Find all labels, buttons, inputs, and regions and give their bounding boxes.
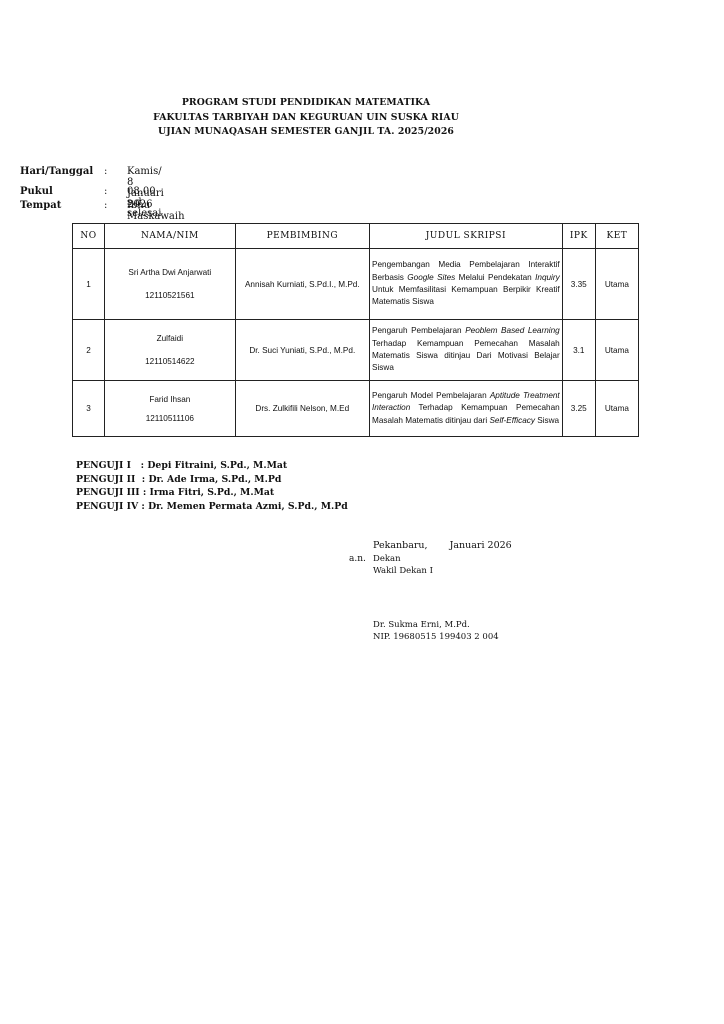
signature-block: Pekanbaru,Januari 2026 a.n. Dekan Wakil …: [373, 540, 512, 644]
student-name: Farid Ihsan: [105, 395, 234, 404]
cell-no: 3: [73, 381, 105, 437]
cell-ket: Utama: [595, 249, 638, 320]
column-header-judul: JUDUL SKRIPSI: [370, 224, 563, 249]
cell-nama-nim: Farid Ihsan 12110511106: [105, 381, 235, 437]
sign-city: Pekanbaru,: [373, 540, 428, 551]
cell-ipk: 3.1: [562, 320, 595, 381]
header-faculty: FAKULTAS TARBIYAH DAN KEGURUAN UIN SUSKA…: [0, 111, 612, 126]
cell-ipk: 3.25: [562, 381, 595, 437]
header-exam: UJIAN MUNAQASAH SEMESTER GANJIL TA. 2025…: [0, 125, 612, 140]
cell-pembimbing: Dr. Suci Yuniati, S.Pd., M.Pd.: [235, 320, 369, 381]
title-text: Pengaruh Pembelajaran: [372, 326, 465, 335]
signer-nip: NIP. 19680515 199403 2 004: [373, 632, 512, 644]
student-name: Sri Artha Dwi Anjarwati: [105, 268, 234, 277]
examiner-label: PENGUJI IV: [76, 501, 141, 512]
header-program: PROGRAM STUDI PENDIDIKAN MATEMATIKA: [0, 96, 612, 111]
examiner-1: PENGUJI I : Depi Fitraini, S.Pd., M.Mat: [76, 459, 348, 473]
cell-no: 1: [73, 249, 105, 320]
examiner-label: PENGUJI II: [76, 474, 142, 485]
title-italic-term: Self-Efficacy: [489, 416, 535, 425]
colon: :: [104, 186, 107, 197]
student-nim: 12110514622: [145, 357, 194, 366]
column-header-pembimbing: PEMBIMBING: [235, 224, 369, 249]
table-row: 1 Sri Artha Dwi Anjarwati 12110521561 An…: [73, 249, 639, 320]
cell-no: 2: [73, 320, 105, 381]
title-italic-term: Inquiry: [535, 273, 560, 282]
title-text: Siswa: [535, 416, 559, 425]
examiner-4: PENGUJI IV : Dr. Memen Permata Azmi, S.P…: [76, 500, 348, 514]
cell-pembimbing: Annisah Kurniati, S.Pd.I., M.Pd.: [235, 249, 369, 320]
column-header-ipk: IPK: [562, 224, 595, 249]
column-header-ket: KET: [595, 224, 638, 249]
student-nim: 12110521561: [145, 291, 194, 300]
cell-nama-nim: Sri Artha Dwi Anjarwati 12110521561: [105, 249, 235, 320]
sign-place-date: Pekanbaru,Januari 2026: [373, 540, 512, 554]
cell-judul: Pengaruh Model Pembelajaran Aptitude Tre…: [370, 381, 563, 437]
examiner-name: : Irma Fitri, S.Pd., M.Mat: [143, 487, 274, 498]
colon: :: [104, 200, 107, 211]
cell-judul: Pengaruh Pembelajaran Peoblem Based Lear…: [370, 320, 563, 381]
title-text: Pengaruh Model Pembelajaran: [372, 391, 490, 400]
colon: :: [104, 166, 107, 177]
document-header: PROGRAM STUDI PENDIDIKAN MATEMATIKA FAKU…: [0, 96, 612, 140]
examiner-name: : Dr. Memen Permata Azmi, S.Pd., M.Pd: [141, 501, 347, 512]
sign-date: Januari 2026: [450, 540, 512, 551]
column-header-no: NO: [73, 224, 105, 249]
examiner-name: : Depi Fitraini, S.Pd., M.Mat: [141, 460, 288, 471]
table-header-row: NO NAMA/NIM PEMBIMBING JUDUL SKRIPSI IPK…: [73, 224, 639, 249]
title-text: Melalui Pendekatan: [455, 273, 535, 282]
examiner-label: PENGUJI I: [76, 460, 141, 471]
title-italic-term: Peoblem Based Learning: [465, 326, 560, 335]
tempat-value: Ibnu Maskawaih: [127, 200, 185, 222]
column-header-nama-nim: NAMA/NIM: [105, 224, 235, 249]
sign-role-wakil: Wakil Dekan I: [373, 566, 512, 578]
student-nim: 12110511106: [146, 414, 194, 423]
cell-ket: Utama: [595, 320, 638, 381]
table-row: 2 Zulfaidi 12110514622 Dr. Suci Yuniati,…: [73, 320, 639, 381]
examiner-list: PENGUJI I : Depi Fitraini, S.Pd., M.Mat …: [76, 459, 348, 513]
sign-an: a.n.: [349, 554, 366, 564]
title-italic-term: Google Sites: [407, 273, 455, 282]
title-text: Untuk Memfasilitasi Kemampuan Berpikir K…: [372, 285, 560, 306]
cell-ket: Utama: [595, 381, 638, 437]
examiner-3: PENGUJI III : Irma Fitri, S.Pd., M.Mat: [76, 486, 348, 500]
cell-pembimbing: Drs. Zulkifili Nelson, M.Ed: [235, 381, 369, 437]
sign-role1: Dekan: [373, 554, 401, 564]
sign-role-dekan: a.n. Dekan: [373, 554, 512, 566]
hari-label: Hari/Tanggal: [20, 166, 93, 177]
examiner-label: PENGUJI III: [76, 487, 143, 498]
tempat-label: Tempat: [20, 200, 61, 211]
signer-name: Dr. Sukma Erni, M.Pd.: [373, 620, 512, 632]
cell-judul: Pengembangan Media Pembelajaran Interakt…: [370, 249, 563, 320]
examiner-2: PENGUJI II : Dr. Ade Irma, S.Pd., M.Pd: [76, 473, 348, 487]
title-text: Terhadap Kemampuan Pemecahan Masalah Mat…: [372, 339, 560, 373]
student-name: Zulfaidi: [105, 334, 234, 343]
cell-nama-nim: Zulfaidi 12110514622: [105, 320, 235, 381]
exam-schedule-table: NO NAMA/NIM PEMBIMBING JUDUL SKRIPSI IPK…: [72, 223, 639, 437]
examiner-name: : Dr. Ade Irma, S.Pd., M.Pd: [142, 474, 282, 485]
table-row: 3 Farid Ihsan 12110511106 Drs. Zulkifili…: [73, 381, 639, 437]
pukul-label: Pukul: [20, 186, 53, 197]
cell-ipk: 3.35: [562, 249, 595, 320]
